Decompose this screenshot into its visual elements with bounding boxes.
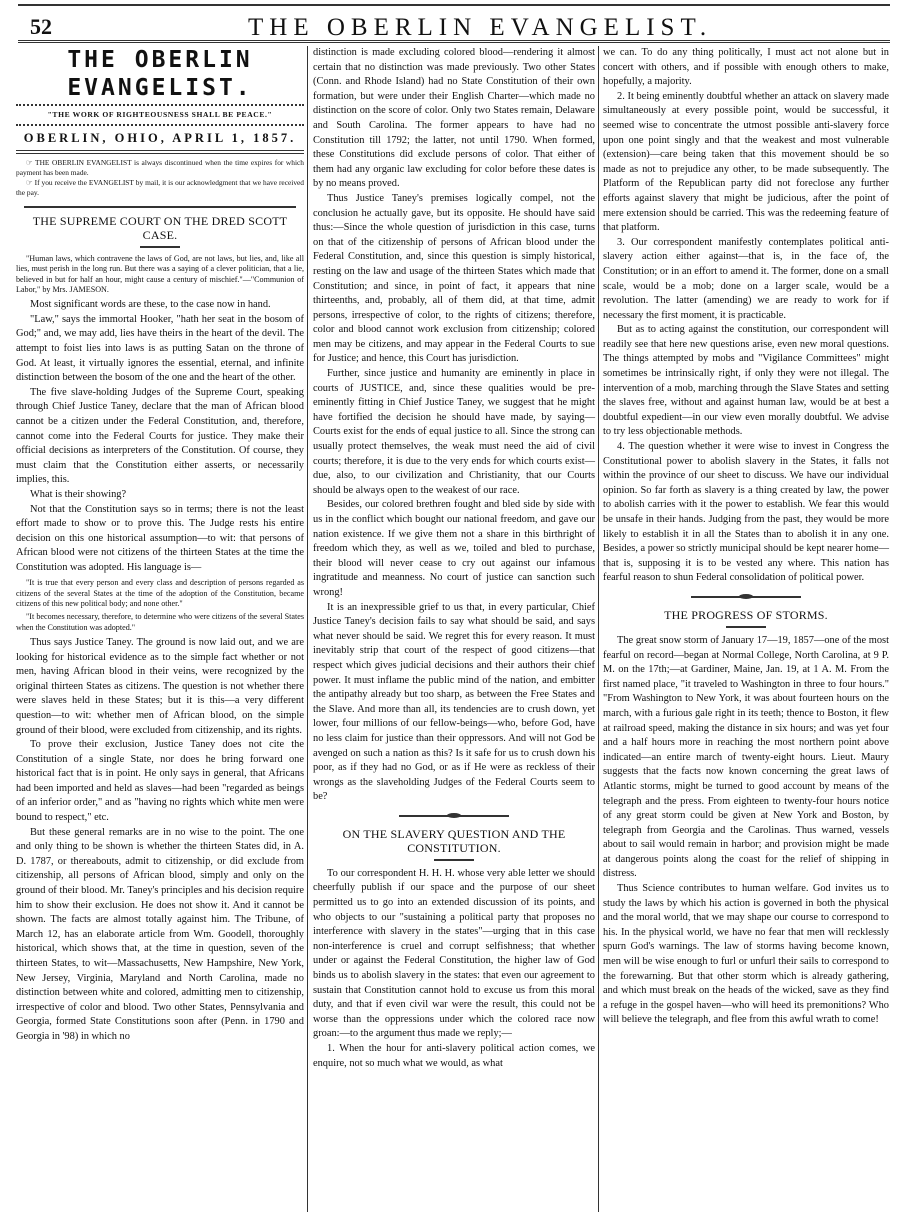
article-headline: ON THE SLAVERY QUESTION AND THE CONSTITU…: [313, 827, 595, 855]
top-rule: [18, 4, 890, 6]
paragraph: What is their showing?: [16, 488, 304, 503]
paragraph: But these general remarks are in no wise…: [16, 826, 304, 1045]
newspaper-page: 52 THE OBERLIN EVANGELIST. THE OBERLIN E…: [0, 0, 900, 1218]
paragraph: The five slave-holding Judges of the Sup…: [16, 386, 304, 488]
paragraph: "Law," says the immortal Hooker, "hath h…: [16, 313, 304, 386]
paragraph: Besides, our colored brethren fought and…: [313, 498, 595, 600]
dateline: OBERLIN, OHIO, APRIL 1, 1857.: [16, 128, 304, 148]
epigraph: "Human laws, which contravene the laws o…: [16, 254, 304, 295]
running-head: 52 THE OBERLIN EVANGELIST.: [18, 12, 890, 40]
block-quote: "It becomes necessary, therefore, to det…: [16, 612, 304, 633]
ornamental-rule: [691, 596, 801, 598]
ornamental-rule: [399, 815, 509, 817]
page-number: 52: [30, 14, 52, 40]
running-title: THE OBERLIN EVANGELIST.: [248, 14, 712, 42]
column-1: THE OBERLIN EVANGELIST. "THE WORK OF RIG…: [16, 46, 304, 1045]
paragraph: Thus says Justice Taney. The ground is n…: [16, 636, 304, 738]
short-rule: [726, 626, 766, 628]
paragraph: we can. To do any thing politically, I m…: [603, 46, 889, 90]
paragraph: 2. It being eminently doubtful whether a…: [603, 90, 889, 236]
paragraph: Not that the Constitution says so in ter…: [16, 503, 304, 576]
paragraph: The great snow storm of January 17—19, 1…: [603, 634, 889, 882]
paragraph: 3. Our correspondent manifestly contempl…: [603, 236, 889, 324]
paragraph: To our correspondent H. H. H. whose very…: [313, 867, 595, 1042]
section-rule: [24, 206, 296, 208]
paragraph: 1. When the hour for anti-slavery politi…: [313, 1042, 595, 1071]
article-headline: THE PROGRESS OF STORMS.: [603, 608, 889, 622]
column-2: distinction is made excluding colored bl…: [313, 46, 595, 1071]
masthead-motto: "THE WORK OF RIGHTEOUSNESS SHALL BE PEAC…: [16, 108, 304, 122]
paragraph: To prove their exclusion, Justice Taney …: [16, 738, 304, 826]
masthead-rule: [16, 150, 304, 154]
paragraph: But as to acting against the constitutio…: [603, 323, 889, 440]
masthead-rule: [16, 124, 304, 126]
short-rule: [140, 246, 180, 248]
paragraph: 4. The question whether it were wise to …: [603, 440, 889, 586]
short-rule: [434, 859, 474, 861]
paragraph: Most significant words are these, to the…: [16, 298, 304, 313]
column-divider: [307, 46, 308, 1212]
column-divider: [598, 46, 599, 1212]
notice: ☞ If you receive the EVANGELIST by mail,…: [16, 178, 304, 198]
block-quote: "It is true that every person and every …: [16, 578, 304, 609]
notice: ☞ THE OBERLIN EVANGELIST is always disco…: [16, 158, 304, 178]
paragraph: Further, since justice and humanity are …: [313, 367, 595, 498]
head-rule: [18, 40, 890, 43]
masthead-title: THE OBERLIN EVANGELIST.: [16, 46, 304, 102]
article-headline: THE SUPREME COURT ON THE DRED SCOTT CASE…: [16, 214, 304, 242]
masthead-rule: [16, 104, 304, 106]
paragraph: It is an inexpressible grief to us that,…: [313, 601, 595, 805]
column-3: we can. To do any thing politically, I m…: [603, 46, 889, 1028]
paragraph: distinction is made excluding colored bl…: [313, 46, 595, 192]
paragraph: Thus Justice Taney's premises logically …: [313, 192, 595, 367]
paragraph: Thus Science contributes to human welfar…: [603, 882, 889, 1028]
